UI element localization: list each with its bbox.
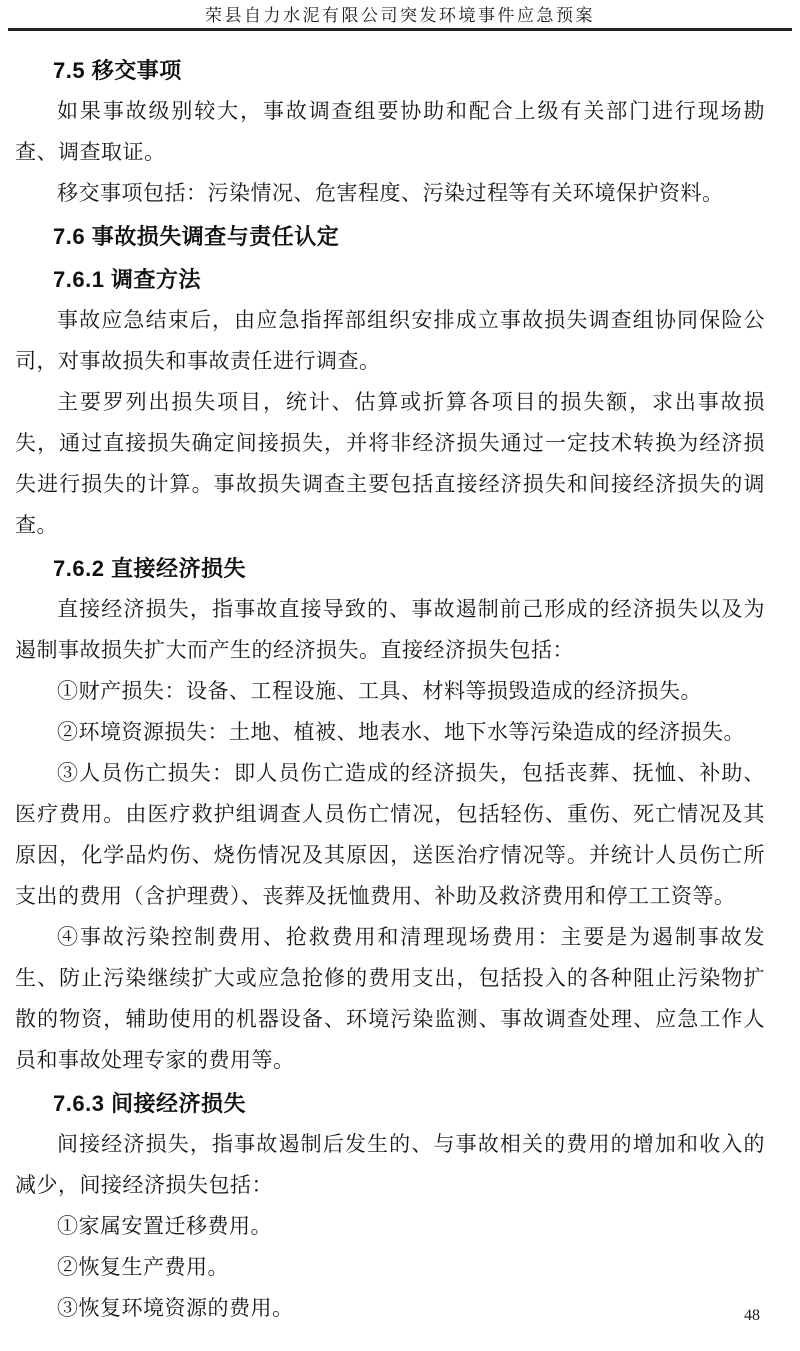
section-heading-7-5: 7.5 移交事项 — [15, 50, 765, 91]
paragraph: 移交事项包括：污染情况、危害程度、污染过程等有关环境保护资料。 — [15, 173, 765, 214]
list-item-1: ①财产损失：设备、工程设施、工具、材料等损毁造成的经济损失。 — [15, 671, 765, 712]
section-heading-7-6-1: 7.6.1 调查方法 — [15, 259, 765, 300]
header-rule — [8, 28, 792, 31]
paragraph: 间接经济损失，指事故遏制后发生的、与事故相关的费用的增加和收入的减少，间接经济损… — [15, 1124, 765, 1206]
list-item-2: ②恢复生产费用。 — [15, 1247, 765, 1288]
list-item-2: ②环境资源损失：土地、植被、地表水、地下水等污染造成的经济损失。 — [15, 712, 765, 753]
section-heading-7-6-2: 7.6.2 直接经济损失 — [15, 548, 765, 589]
page-number: 48 — [744, 1307, 760, 1325]
document-body: 7.5 移交事项 如果事故级别较大，事故调查组要协助和配合上级有关部门进行现场勘… — [15, 48, 765, 1329]
paragraph: 如果事故级别较大，事故调查组要协助和配合上级有关部门进行现场勘查、调查取证。 — [15, 91, 765, 173]
document-page: 荣县自力水泥有限公司突发环境事件应急预案 7.5 移交事项 如果事故级别较大，事… — [0, 0, 800, 1351]
paragraph: 直接经济损失，指事故直接导致的、事故遏制前己形成的经济损失以及为遏制事故损失扩大… — [15, 589, 765, 671]
page-header-title: 荣县自力水泥有限公司突发环境事件应急预案 — [0, 0, 800, 27]
page-header: 荣县自力水泥有限公司突发环境事件应急预案 — [0, 0, 800, 31]
list-item-3: ③人员伤亡损失：即人员伤亡造成的经济损失，包括丧葬、抚恤、补助、医疗费用。由医疗… — [15, 753, 765, 917]
list-item-4: ④事故污染控制费用、抢救费用和清理现场费用：主要是为遏制事故发生、防止污染继续扩… — [15, 917, 765, 1081]
section-heading-7-6: 7.6 事故损失调查与责任认定 — [15, 216, 765, 257]
list-item-1: ①家属安置迁移费用。 — [15, 1206, 765, 1247]
section-heading-7-6-3: 7.6.3 间接经济损失 — [15, 1083, 765, 1124]
list-item-3: ③恢复环境资源的费用。 — [15, 1288, 765, 1329]
paragraph: 主要罗列出损失项目，统计、估算或折算各项目的损失额，求出事故损失，通过直接损失确… — [15, 382, 765, 546]
paragraph: 事故应急结束后，由应急指挥部组织安排成立事故损失调查组协同保险公司，对事故损失和… — [15, 300, 765, 382]
